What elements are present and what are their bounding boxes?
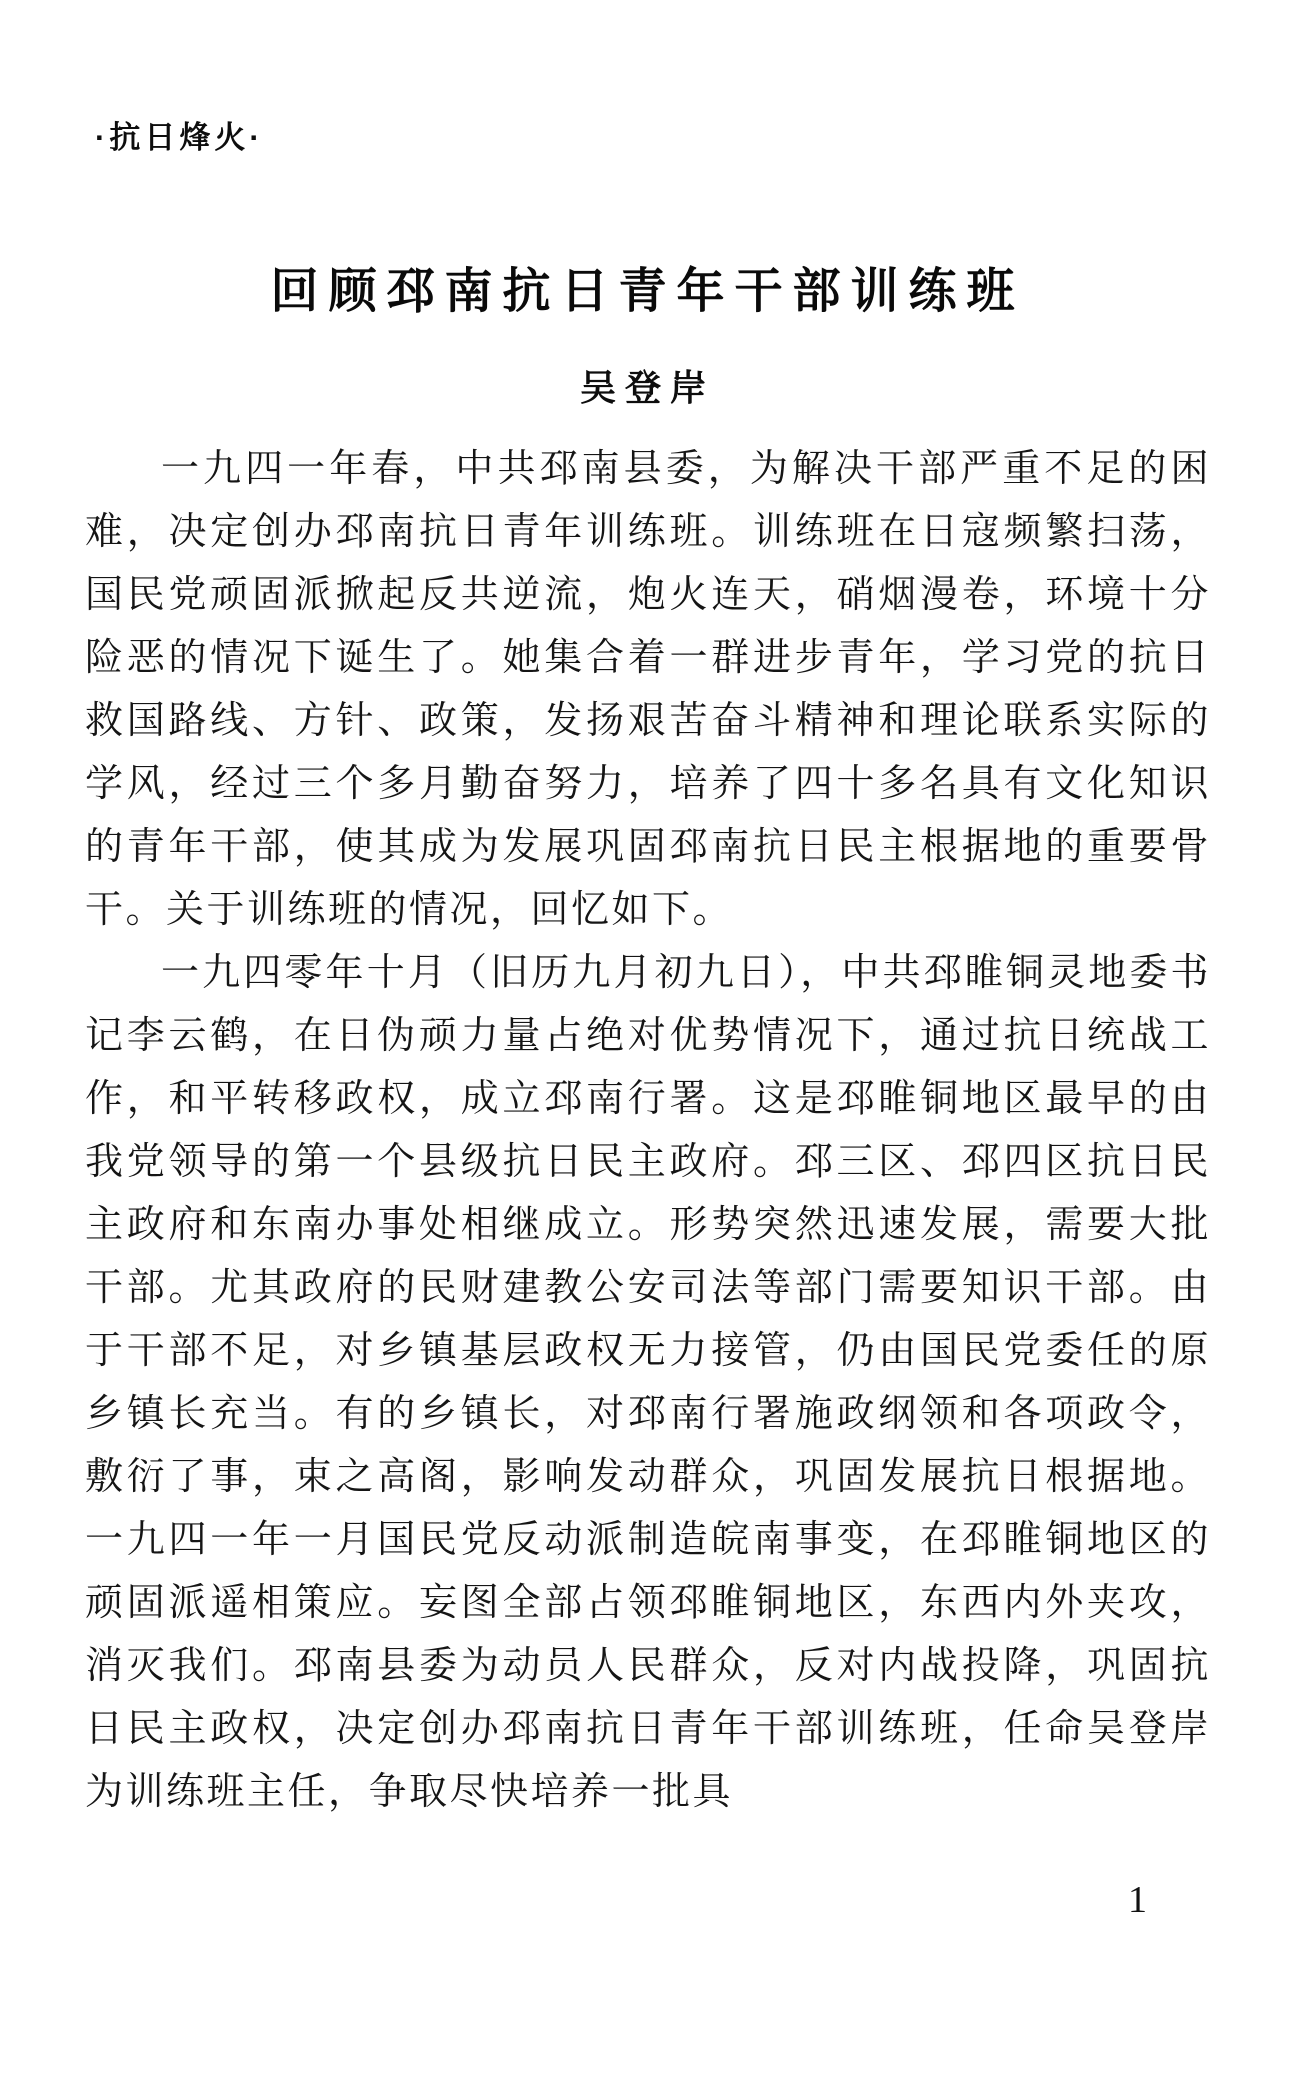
page-number: 1 bbox=[1128, 1878, 1147, 1922]
article-title: 回顾邳南抗日青年干部训练班 bbox=[85, 252, 1210, 321]
author-name: 吴登岸 bbox=[85, 360, 1210, 411]
body-paragraph: 一九四零年十月（旧历九月初九日），中共邳睢铜灵地委书记李云鹤，在日伪顽力量占绝对… bbox=[85, 942, 1211, 1824]
section-label: ·抗日烽火· bbox=[95, 112, 264, 157]
body-paragraph: 一九四一年春，中共邳南县委，为解决干部严重不足的困难，决定创办邳南抗日青年训练班… bbox=[85, 438, 1211, 942]
scanned-book-page: ·抗日烽火· 回顾邳南抗日青年干部训练班 吴登岸 一九四一年春，中共邳南县委，为… bbox=[0, 0, 1313, 2085]
article-body: 一九四一年春，中共邳南县委，为解决干部严重不足的困难，决定创办邳南抗日青年训练班… bbox=[85, 438, 1211, 1824]
